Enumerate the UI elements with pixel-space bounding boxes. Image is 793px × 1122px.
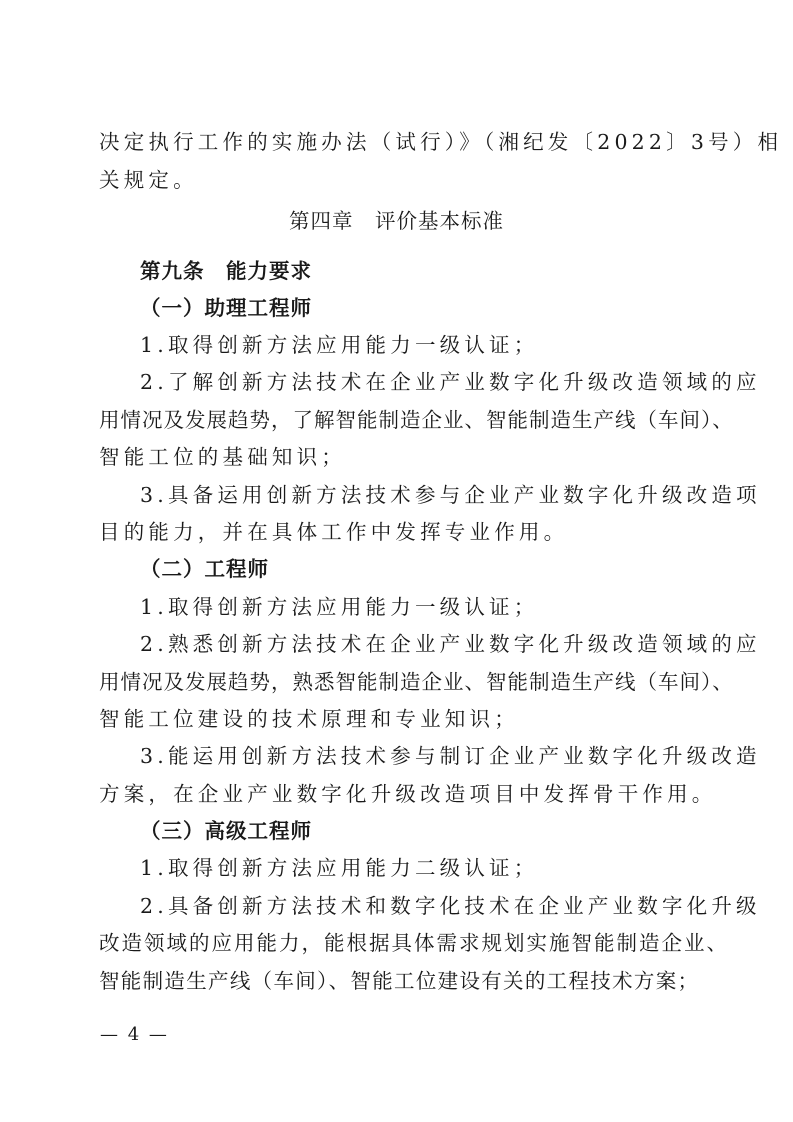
section-heading: （三）高级工程师 bbox=[140, 817, 740, 845]
chapter-title: 第四章 评价基本标准 bbox=[0, 207, 793, 235]
document-page: 决定执行工作的实施办法（试行）》（湘纪发〔2022〕3号）相 关规定。 第四章 … bbox=[0, 0, 793, 1122]
list-item: 2.熟悉创新方法技术在企业产业数字化升级改造领域的应 bbox=[140, 630, 699, 658]
page-number: — 4 — bbox=[100, 1023, 169, 1047]
list-item: 2.具备创新方法技术和数字化技术在企业产业数字化升级 bbox=[140, 892, 699, 920]
paragraph-line: 智能制造生产线（车间）、智能工位建设有关的工程技术方案； bbox=[99, 967, 699, 995]
paragraph-line: 用情况及发展趋势，了解智能制造企业、智能制造生产线（车间）、 bbox=[99, 406, 699, 434]
list-item: 1.取得创新方法应用能力二级认证； bbox=[140, 854, 740, 882]
list-item: 3.能运用创新方法技术参与制订企业产业数字化升级改造 bbox=[140, 742, 699, 770]
list-item: 1.取得创新方法应用能力一级认证； bbox=[140, 331, 740, 359]
section-heading: （一）助理工程师 bbox=[140, 294, 740, 322]
paragraph-line: 用情况及发展趋势，熟悉智能制造企业、智能制造生产线（车间）、 bbox=[99, 668, 699, 696]
paragraph-line: 方案，在企业产业数字化升级改造项目中发挥骨干作用。 bbox=[99, 780, 699, 808]
paragraph-line: 决定执行工作的实施办法（试行）》（湘纪发〔2022〕3号）相 bbox=[99, 128, 699, 156]
list-item: 2.了解创新方法技术在企业产业数字化升级改造领域的应 bbox=[140, 368, 699, 396]
paragraph-line: 改造领域的应用能力，能根据具体需求规划实施智能制造企业、 bbox=[99, 929, 699, 957]
paragraph-line: 智能工位建设的技术原理和专业知识； bbox=[99, 705, 699, 733]
list-item: 3.具备运用创新方法技术参与企业产业数字化升级改造项 bbox=[140, 481, 699, 509]
paragraph-line: 目的能力，并在具体工作中发挥专业作用。 bbox=[99, 518, 699, 546]
article-heading: 第九条 能力要求 bbox=[140, 257, 740, 285]
list-item: 1.取得创新方法应用能力一级认证； bbox=[140, 593, 740, 621]
section-heading: （二）工程师 bbox=[140, 555, 740, 583]
paragraph-line: 智能工位的基础知识； bbox=[99, 443, 699, 471]
paragraph-line: 关规定。 bbox=[99, 166, 699, 194]
